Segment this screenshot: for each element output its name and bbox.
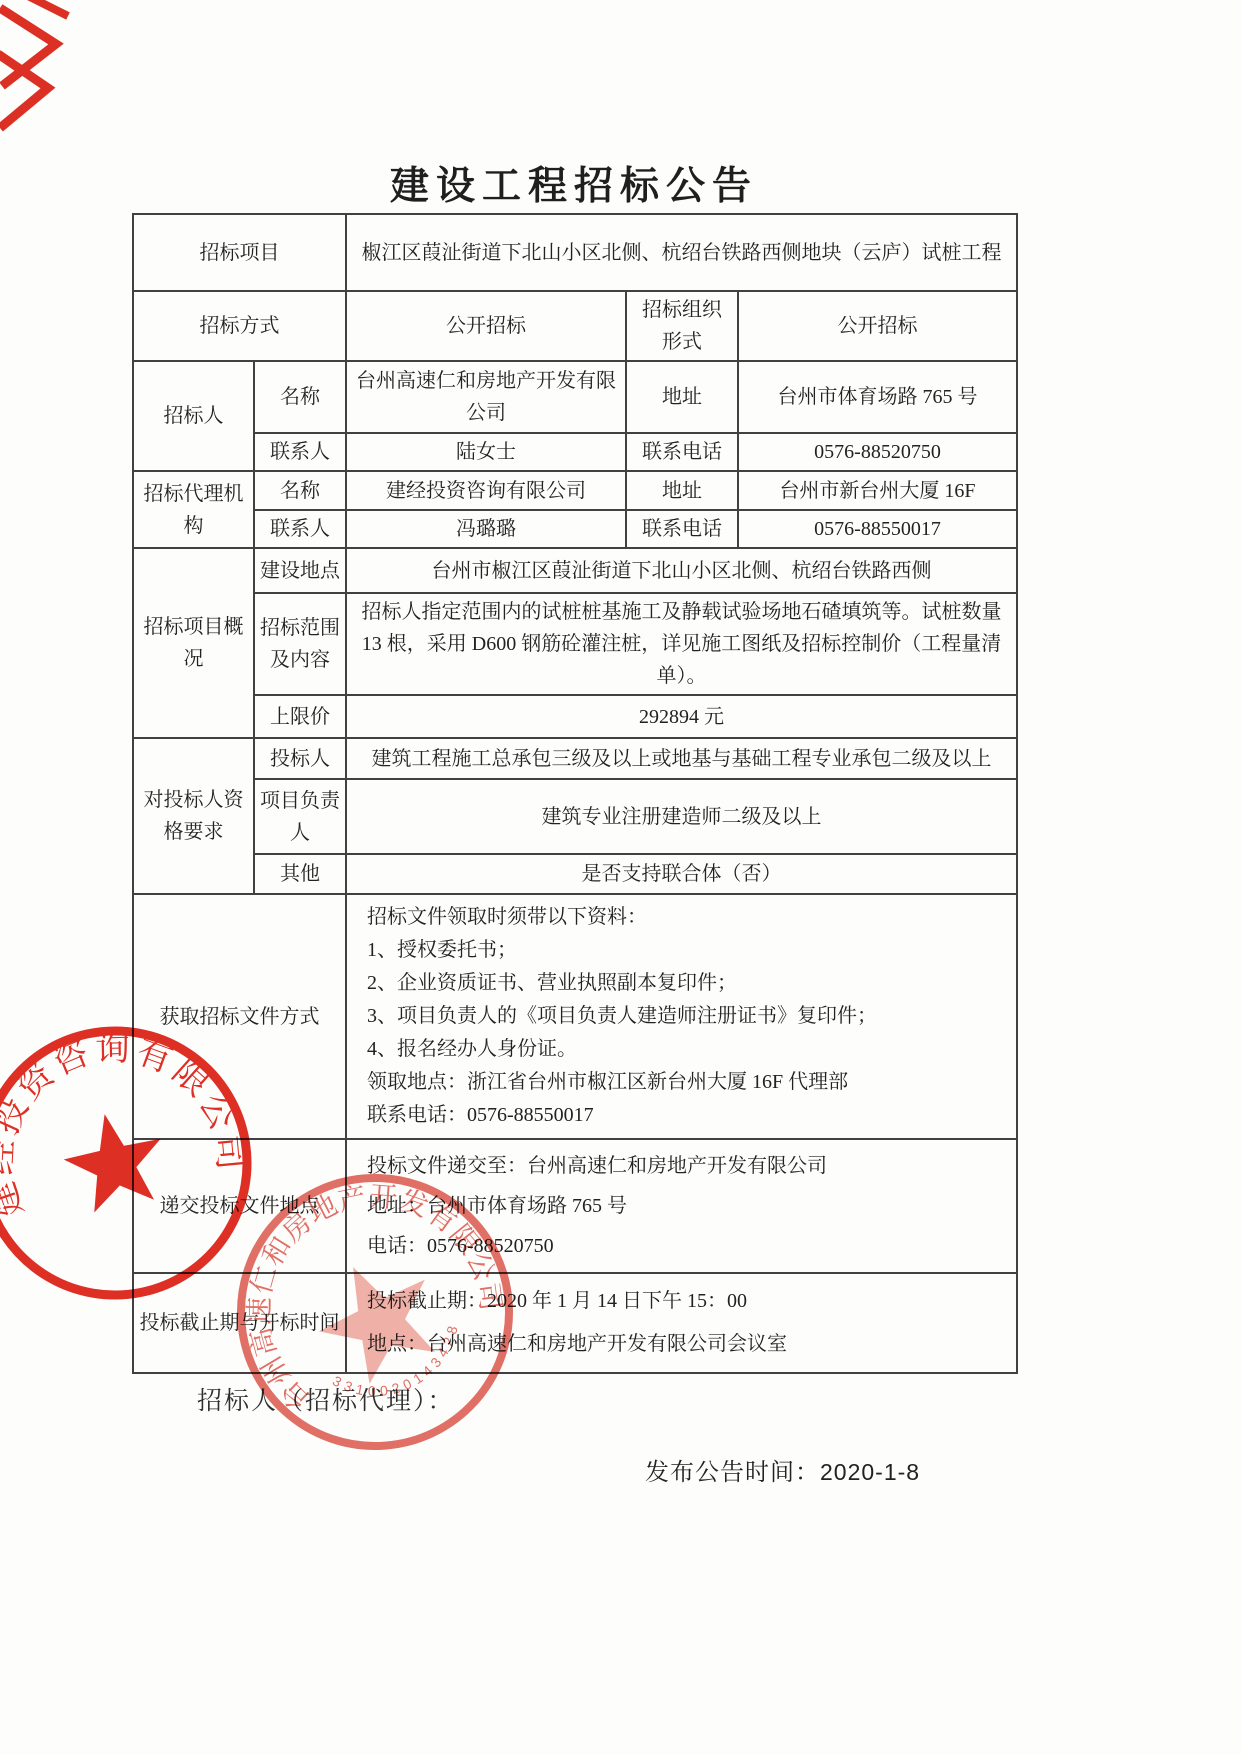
agency-phone-label: 联系电话 [626, 510, 738, 548]
tenderer-phone: 0576-88520750 [738, 433, 1017, 471]
project-value: 椒江区葭沚街道下北山小区北侧、杭绍台铁路西侧地块（云庐）试桩工程 [346, 214, 1017, 291]
row-agency-name: 招标代理机构 名称 建经投资咨询有限公司 地址 台州市新台州大厦 16F [133, 471, 1017, 510]
agency-phone: 0576-88550017 [738, 510, 1017, 548]
obtain-line: 领取地点：浙江省台州市椒江区新台州大厦 16F 代理部 [367, 1066, 1012, 1099]
tenderer-address-label: 地址 [626, 361, 738, 433]
row-project: 招标项目 椒江区葭沚街道下北山小区北侧、杭绍台铁路西侧地块（云庐）试桩工程 [133, 214, 1017, 291]
schedule-line: 投标截止期：2020 年 1 月 14 日下午 15：00 [367, 1280, 1012, 1323]
org-form-label: 招标组织形式 [626, 291, 738, 361]
agency-label: 招标代理机构 [133, 471, 254, 548]
row-tenderer-contact: 联系人 陆女士 联系电话 0576-88520750 [133, 433, 1017, 471]
org-form-value: 公开招标 [738, 291, 1017, 361]
schedule-label: 投标截止期与开标时间 [133, 1273, 346, 1373]
row-scope: 招标范围及内容 招标人指定范围内的试桩桩基施工及静载试验场地石碴填筑等。试桩数量… [133, 593, 1017, 695]
row-obtain: 获取招标文件方式 招标文件领取时须带以下资料： 1、授权委托书； 2、企业资质证… [133, 894, 1017, 1139]
overview-label: 招标项目概况 [133, 548, 254, 738]
schedule-line: 地点：台州高速仁和房地产开发有限公司会议室 [367, 1323, 1012, 1366]
row-cap: 上限价 292894 元 [133, 695, 1017, 738]
obtain-label: 获取招标文件方式 [133, 894, 346, 1139]
schedule-details: 投标截止期：2020 年 1 月 14 日下午 15：00 地点：台州高速仁和房… [346, 1273, 1017, 1373]
agency-name: 建经投资咨询有限公司 [346, 471, 626, 510]
tenderer-name: 台州高速仁和房地产开发有限公司 [346, 361, 626, 433]
agency-address-label: 地址 [626, 471, 738, 510]
site-value: 台州市椒江区葭沚街道下北山小区北侧、杭绍台铁路西侧 [346, 548, 1017, 593]
obtain-line: 3、项目负责人的《项目负责人建造师注册证书》复印件； [367, 1000, 1012, 1033]
publish-time: 发布公告时间：2020-1-8 [645, 1452, 920, 1487]
row-bidder-qual: 对投标人资格要求 投标人 建筑工程施工总承包三级及以上或地基与基础工程专业承包二… [133, 738, 1017, 779]
bidder-qual: 建筑工程施工总承包三级及以上或地基与基础工程专业承包二级及以上 [346, 738, 1017, 779]
submit-label: 递交投标文件地点 [133, 1139, 346, 1273]
method-label: 招标方式 [133, 291, 346, 361]
corner-stamp-fragment-icon [0, 0, 114, 156]
row-other-qual: 其他 是否支持联合体（否） [133, 854, 1017, 894]
submit-line: 电话：0576-88520750 [367, 1226, 1012, 1266]
document-title: 建设工程招标公告 [132, 155, 1016, 211]
site-label: 建设地点 [254, 548, 346, 593]
document-page: 建设工程招标公告 招标项目 椒江区葭沚街道下北山小区北侧、杭绍台铁路西侧地块（云… [0, 0, 1241, 1755]
tenderer-phone-label: 联系电话 [626, 433, 738, 471]
obtain-line: 1、授权委托书； [367, 934, 1012, 967]
row-method: 招标方式 公开招标 招标组织形式 公开招标 [133, 291, 1017, 361]
tender-info-table: 招标项目 椒江区葭沚街道下北山小区北侧、杭绍台铁路西侧地块（云庐）试桩工程 招标… [132, 213, 1018, 1374]
agency-contact-label: 联系人 [254, 510, 346, 548]
scope-label: 招标范围及内容 [254, 593, 346, 695]
publish-time-value: 2020-1-8 [820, 1459, 920, 1485]
submit-line: 地址：台州市体育场路 765 号 [367, 1186, 1012, 1226]
obtain-details: 招标文件领取时须带以下资料： 1、授权委托书； 2、企业资质证书、营业执照副本复… [346, 894, 1017, 1139]
obtain-line: 招标文件领取时须带以下资料： [367, 901, 1012, 934]
method-value: 公开招标 [346, 291, 626, 361]
row-agency-contact: 联系人 冯璐璐 联系电话 0576-88550017 [133, 510, 1017, 548]
submit-line: 投标文件递交至：台州高速仁和房地产开发有限公司 [367, 1146, 1012, 1186]
row-schedule: 投标截止期与开标时间 投标截止期：2020 年 1 月 14 日下午 15：00… [133, 1273, 1017, 1373]
cap-value: 292894 元 [346, 695, 1017, 738]
pm-qual: 建筑专业注册建造师二级及以上 [346, 779, 1017, 854]
row-tenderer-name: 招标人 名称 台州高速仁和房地产开发有限公司 地址 台州市体育场路 765 号 [133, 361, 1017, 433]
agency-address: 台州市新台州大厦 16F [738, 471, 1017, 510]
obtain-line: 联系电话：0576-88550017 [367, 1099, 1012, 1132]
cap-label: 上限价 [254, 695, 346, 738]
other-label: 其他 [254, 854, 346, 894]
tenderer-contact: 陆女士 [346, 433, 626, 471]
publish-time-label: 发布公告时间： [645, 1460, 820, 1486]
row-site: 招标项目概况 建设地点 台州市椒江区葭沚街道下北山小区北侧、杭绍台铁路西侧 [133, 548, 1017, 593]
obtain-line: 2、企业资质证书、营业执照副本复印件； [367, 967, 1012, 1000]
tenderer-name-label: 名称 [254, 361, 346, 433]
submit-details: 投标文件递交至：台州高速仁和房地产开发有限公司 地址：台州市体育场路 765 号… [346, 1139, 1017, 1273]
pm-label: 项目负责人 [254, 779, 346, 854]
bidder-label: 投标人 [254, 738, 346, 779]
obtain-line: 4、报名经办人身份证。 [367, 1033, 1012, 1066]
row-pm-qual: 项目负责人 建筑专业注册建造师二级及以上 [133, 779, 1017, 854]
row-submit: 递交投标文件地点 投标文件递交至：台州高速仁和房地产开发有限公司 地址：台州市体… [133, 1139, 1017, 1273]
scope-value: 招标人指定范围内的试桩桩基施工及静载试验场地石碴填筑等。试桩数量 13 根，采用… [346, 593, 1017, 695]
qualification-label: 对投标人资格要求 [133, 738, 254, 894]
project-label: 招标项目 [133, 214, 346, 291]
signature-line: 招标人（招标代理）： [197, 1381, 455, 1417]
tenderer-contact-label: 联系人 [254, 433, 346, 471]
tenderer-address: 台州市体育场路 765 号 [738, 361, 1017, 433]
agency-contact: 冯璐璐 [346, 510, 626, 548]
agency-name-label: 名称 [254, 471, 346, 510]
tenderer-label: 招标人 [133, 361, 254, 471]
other-qual: 是否支持联合体（否） [346, 854, 1017, 894]
